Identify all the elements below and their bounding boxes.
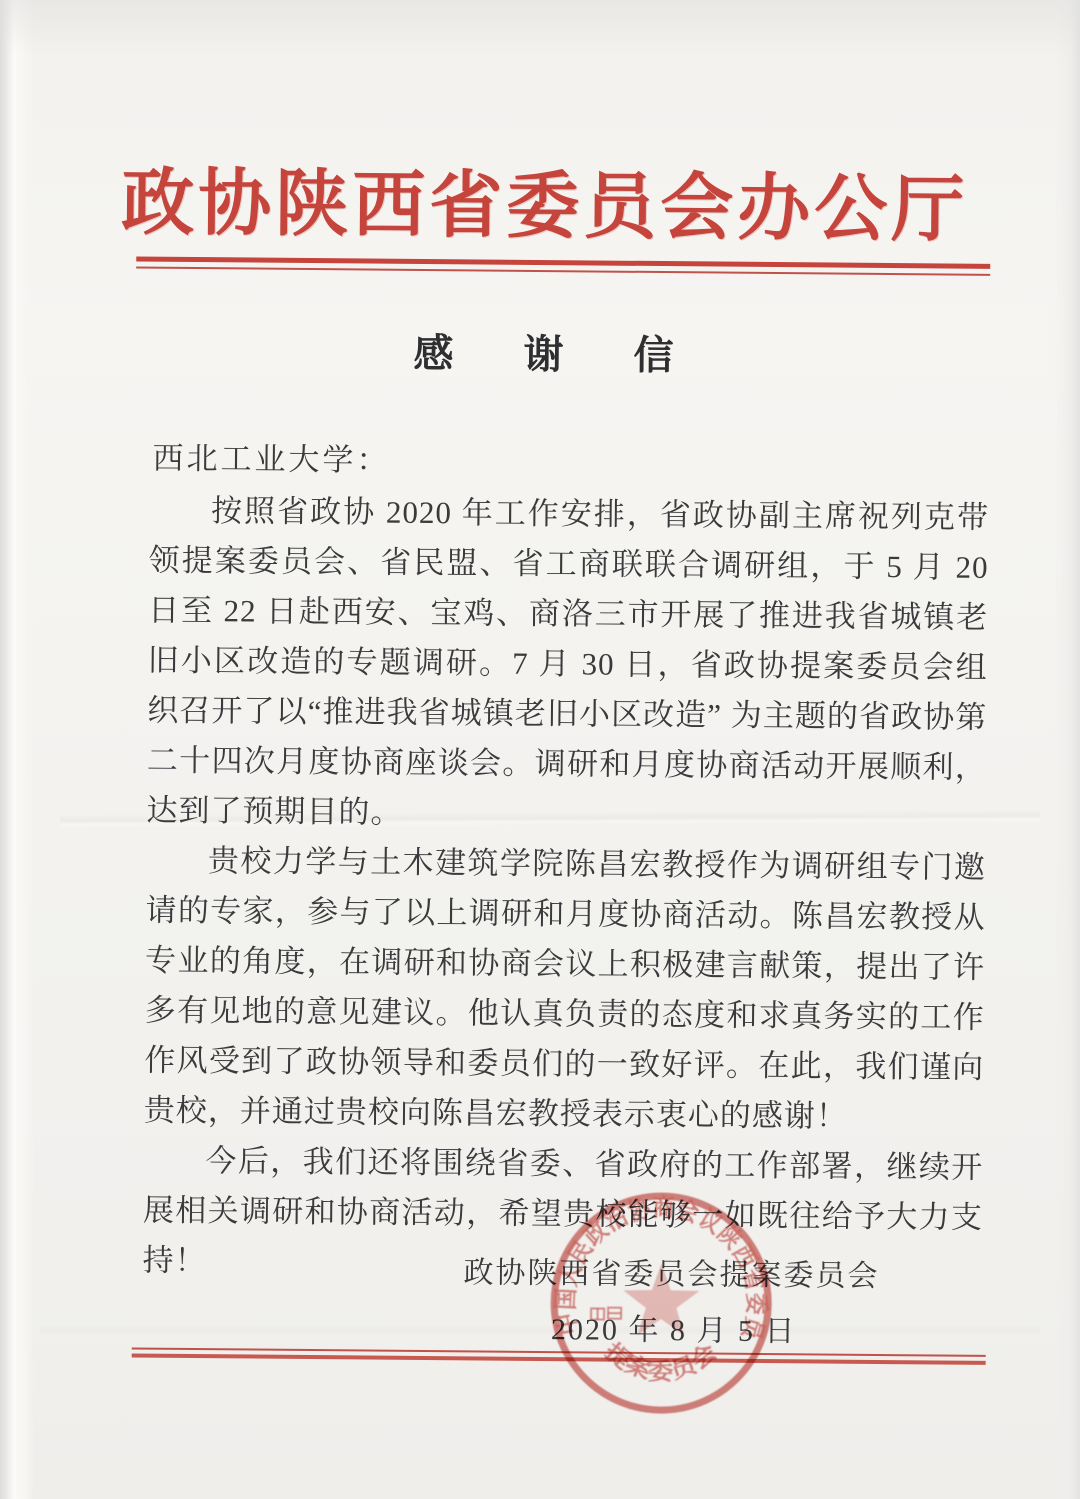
letter-title: 感 谢 信 [3,318,1080,384]
official-seal: 中国人民政治协商会议陕西省委员会 提案委员会 [538,1180,784,1426]
scanned-letter-page: 政协陕西省委员会办公厅 感 谢 信 西北工业大学： 按照省政协 2020 年工作… [0,0,1080,1499]
svg-text:提案委员会: 提案委员会 [600,1338,722,1385]
seal-star-icon [623,1263,700,1336]
seal-serial-marks [591,1307,621,1319]
paragraph-1: 按照省政协 2020 年工作安排，省政协副主席祝列克带领提案委员会、省民盟、省工… [146,486,989,843]
letterhead-org-name: 政协陕西省委员会办公厅 [4,143,1080,270]
paragraph-2: 贵校力学与土木建筑学院陈昌宏教授作为调研组专门邀请的专家，参与了以上调研和月度协… [144,836,987,1143]
letter-content: 政协陕西省委员会办公厅 感 谢 信 西北工业大学： 按照省政协 2020 年工作… [0,0,1080,1499]
rule-thin-line [136,266,990,275]
letter-body: 按照省政协 2020 年工作安排，省政协副主席祝列克带领提案委员会、省民盟、省工… [142,486,989,1293]
seal-bottom-text: 提案委员会 [600,1338,722,1385]
salutation: 西北工业大学： [152,433,390,480]
